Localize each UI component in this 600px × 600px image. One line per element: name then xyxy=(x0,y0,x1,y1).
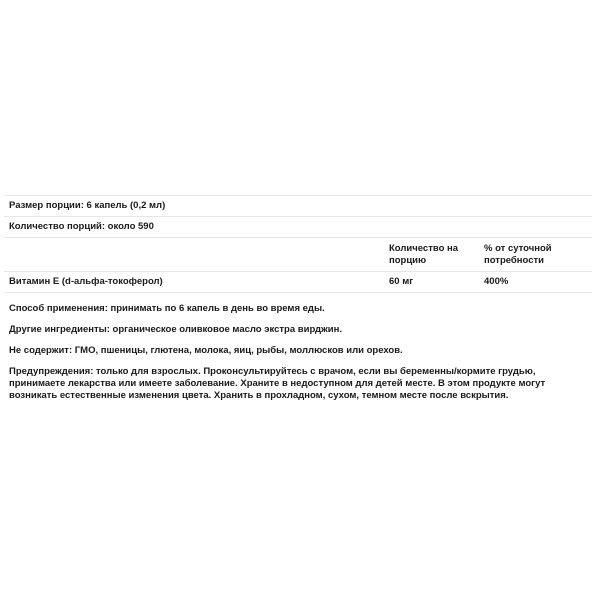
servings-per-container-row: Количество порций: около 590 xyxy=(4,217,592,238)
table-row: Витамин E (d-альфа-токоферол) 60 мг 400% xyxy=(4,272,592,293)
servings-per-container: Количество порций: около 590 xyxy=(4,217,592,238)
supplement-label: Размер порции: 6 капель (0,2 мл) Количес… xyxy=(4,195,592,402)
supplement-facts-table: Размер порции: 6 капель (0,2 мл) Количес… xyxy=(4,195,592,293)
serving-size: Размер порции: 6 капель (0,2 мл) xyxy=(4,196,592,217)
table-header-row: Количество на порцию % от суточной потре… xyxy=(4,238,592,272)
header-daily-value: % от суточной потребности xyxy=(479,238,592,272)
header-empty-cell xyxy=(4,238,384,272)
nutrient-amount: 60 мг xyxy=(384,272,479,293)
other-ingredients: Другие ингредиенты: органическое оливков… xyxy=(9,324,592,336)
serving-size-row: Размер порции: 6 капель (0,2 мл) xyxy=(4,196,592,217)
nutrient-name: Витамин E (d-альфа-токоферол) xyxy=(4,272,384,293)
warnings: Предупреждения: только для взрослых. Про… xyxy=(9,366,594,402)
header-amount-per-serving: Количество на порцию xyxy=(384,238,479,272)
does-not-contain: Не содержит: ГМО, пшеницы, глютена, моло… xyxy=(9,345,592,357)
directions: Способ применения: принимать по 6 капель… xyxy=(9,303,592,315)
nutrient-daily-value: 400% xyxy=(479,272,592,293)
